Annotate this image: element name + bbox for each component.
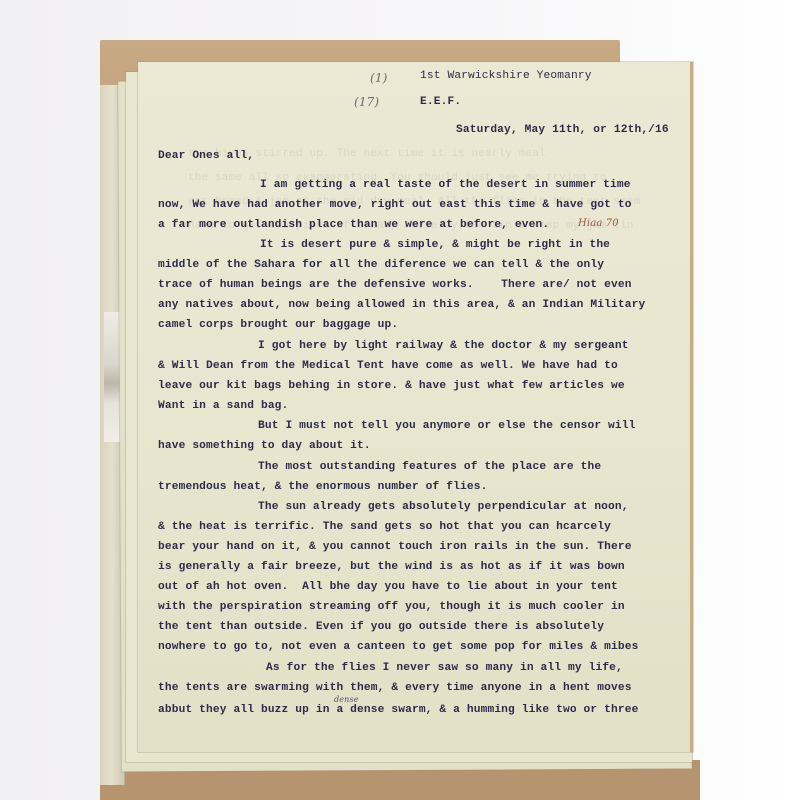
- letter-line: the tents are swarming with them, & ever…: [158, 676, 632, 700]
- photo-scene: two hives stirred up. The next time it i…: [0, 0, 800, 800]
- handwritten-page-mark: (17): [354, 90, 379, 114]
- letter-force: E.E.F.: [420, 90, 461, 114]
- letter-line: abbut they all buzz up in a dense swarm,…: [158, 698, 638, 722]
- letter-salutation: Dear Ones all,: [158, 144, 254, 168]
- letter-page: two hives stirred up. The next time it i…: [148, 62, 680, 750]
- ghost-line: two hives stirred up. The next time it i…: [188, 142, 668, 166]
- handwritten-page-mark: (1): [370, 66, 387, 90]
- letter-date: Saturday, May 11th, or 12th,/16: [456, 118, 669, 142]
- letter-unit: 1st Warwickshire Yeomanry: [420, 64, 592, 88]
